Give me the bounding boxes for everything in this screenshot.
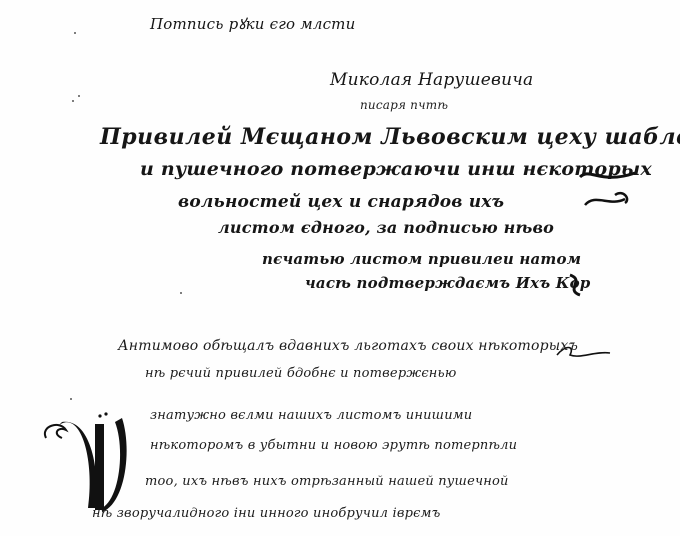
title-line-1: Привилей Мєщаном Львовским цеху шаблевог… (100, 124, 680, 150)
scan-speck (180, 292, 182, 294)
scan-speck (78, 95, 80, 97)
title-line-3: вольностей цех и снарядов ихъ (178, 192, 504, 212)
scan-speck (70, 398, 72, 400)
body-intro-line-2: нѣ рєчий привилей бдобнє и потвержєнью (145, 366, 456, 381)
flourish-icon (560, 270, 590, 300)
header-line-2: Миколая Нарушевича (330, 70, 533, 90)
flourish-icon (575, 165, 645, 215)
body-line-3: тоо, ихъ нѣвъ нихъ отрѣзанный нашей пуше… (145, 474, 509, 489)
header-line-3: писаря пчтѣ (360, 98, 448, 112)
body-line-2: нѣкоторомъ в убытни и новою эрутѣ потерп… (150, 438, 517, 453)
manuscript-page: Потпись рꙋки єго млсти Миколая Нарушевич… (0, 0, 680, 536)
body-intro-line-1: Антимово обѣщалъ вдавнихъ льготахъ своих… (118, 338, 578, 354)
scan-speck (72, 100, 74, 102)
scan-speck (74, 32, 76, 34)
decorative-initial-icon (40, 408, 130, 518)
body-line-1: знатужно вєлми нашихъ листомъ инишими (150, 408, 472, 423)
title-line-5: пєчатью листом привилеи натом (262, 250, 581, 268)
title-line-4: листом єдного, за подписью нѣво (218, 218, 554, 237)
header-line-1: Потпись рꙋки єго млсти (150, 14, 355, 34)
body-line-4: нѣ зворучалидного іни инного инобручил і… (92, 506, 440, 521)
title-line-6: часѣ подтверждаємъ Ихъ Кор (305, 274, 590, 292)
